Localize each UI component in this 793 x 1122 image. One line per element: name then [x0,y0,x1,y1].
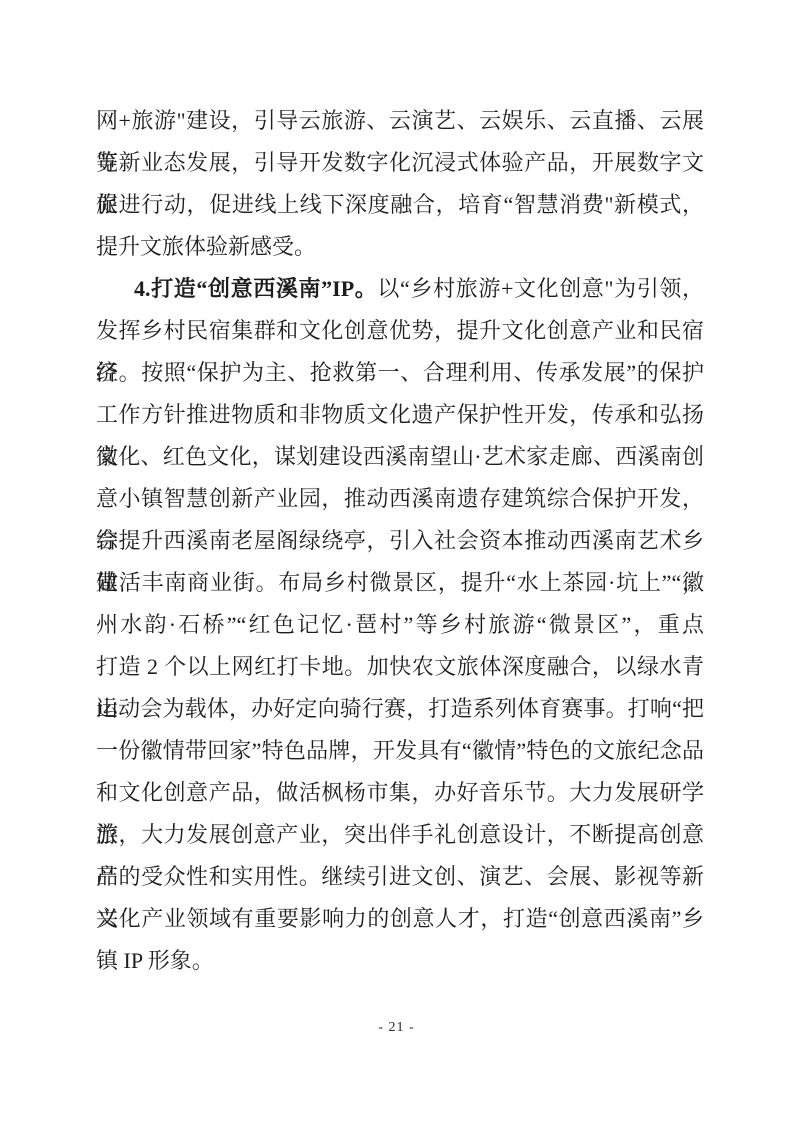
text-line: 网+旅游"建设，引导云旅游、云演艺、云娱乐、云直播、云展览 [96,100,704,142]
document-page: 网+旅游"建设，引导云旅游、云演艺、云娱乐、云直播、云展览等新业态发展，引导开发… [0,0,793,1122]
text-line: 4.打造“创意西溪南”IP。以“乡村旅游+文化创意"为引领， [96,268,704,310]
text-run: 镇 IP 形象。 [96,948,214,973]
text-run: 促进行动，促进线上线下深度融合，培育“智慧消费"新模式， [96,192,704,217]
text-line: 镇 IP 形象。 [96,940,704,982]
text-line: 合提升西溪南老屋阁绿绕亭，引入社会资本推动西溪南艺术乡建， [96,520,704,562]
text-line: 促进行动，促进线上线下深度融合，培育“智慧消费"新模式， [96,184,704,226]
text-run: 一份徽情带回家”特色品牌，开发具有“徽情”特色的文旅纪念品 [96,738,704,763]
text-line: 品的受众性和实用性。继续引进文创、演艺、会展、影视等新兴 [96,856,704,898]
text-line: 意小镇智慧创新产业园，推动西溪南遗存建筑综合保护开发，综 [96,478,704,520]
text-line: 打造 2 个以上网红打卡地。加快农文旅体深度融合，以绿水青山 [96,646,704,688]
text-line: 文化产业领域有重要影响力的创意人才，打造“创意西溪南”乡 [96,898,704,940]
text-run: 文化产业领域有重要影响力的创意人才，打造“创意西溪南”乡 [96,906,704,931]
text-run: 州水韵·石桥”“红色记忆·琶村”等乡村旅游“微景区”，重点 [96,612,704,637]
text-line: 州水韵·石桥”“红色记忆·琶村”等乡村旅游“微景区”，重点 [96,604,704,646]
paragraph-1: 网+旅游"建设，引导云旅游、云演艺、云娱乐、云直播、云展览等新业态发展，引导开发… [96,100,704,268]
text-run: 提升文旅体验新感受。 [96,234,316,259]
text-line: 提升文旅体验新感受。 [96,226,704,268]
text-run: 济。按照“保护为主、抢救第一、合理利用、传承发展”的保护 [96,360,704,385]
text-line: 和文化创意产品，做活枫杨市集，办好音乐节。大力发展研学旅 [96,772,704,814]
paragraph-2: 4.打造“创意西溪南”IP。以“乡村旅游+文化创意"为引领，发挥乡村民宿集群和文… [96,268,704,982]
text-run: 文化、红色文化，谋划建设西溪南望山·艺术家走廊、西溪南创 [96,444,704,469]
text-line: 游，大力发展创意产业，突出伴手礼创意设计，不断提高创意产 [96,814,704,856]
text-line: 等新业态发展，引导开发数字化沉浸式体验产品，开展数字文旅 [96,142,704,184]
text-run: 做活丰南商业街。布局乡村微景区，提升“水上茶园·坑上”“徽 [96,570,704,595]
page-footer: - 21 - [0,1020,793,1036]
page-number: - 21 - [378,1020,414,1035]
text-line: 工作方针推进物质和非物质文化遗产保护性开发，传承和弘扬徽 [96,394,704,436]
text-line: 做活丰南商业街。布局乡村微景区，提升“水上茶园·坑上”“徽 [96,562,704,604]
text-line: 运动会为载体，办好定向骑行赛，打造系列体育赛事。打响“把 [96,688,704,730]
text-run: 以“乡村旅游+文化创意"为引领， [377,276,704,301]
text-line: 发挥乡村民宿集群和文化创意优势，提升文化创意产业和民宿经 [96,310,704,352]
text-run: 运动会为载体，办好定向骑行赛，打造系列体育赛事。打响“把 [96,696,704,721]
paragraph-heading: 4.打造“创意西溪南”IP。 [134,276,377,301]
document-body: 网+旅游"建设，引导云旅游、云演艺、云娱乐、云直播、云展览等新业态发展，引导开发… [96,100,704,982]
text-line: 济。按照“保护为主、抢救第一、合理利用、传承发展”的保护 [96,352,704,394]
text-line: 文化、红色文化，谋划建设西溪南望山·艺术家走廊、西溪南创 [96,436,704,478]
text-line: 一份徽情带回家”特色品牌，开发具有“徽情”特色的文旅纪念品 [96,730,704,772]
